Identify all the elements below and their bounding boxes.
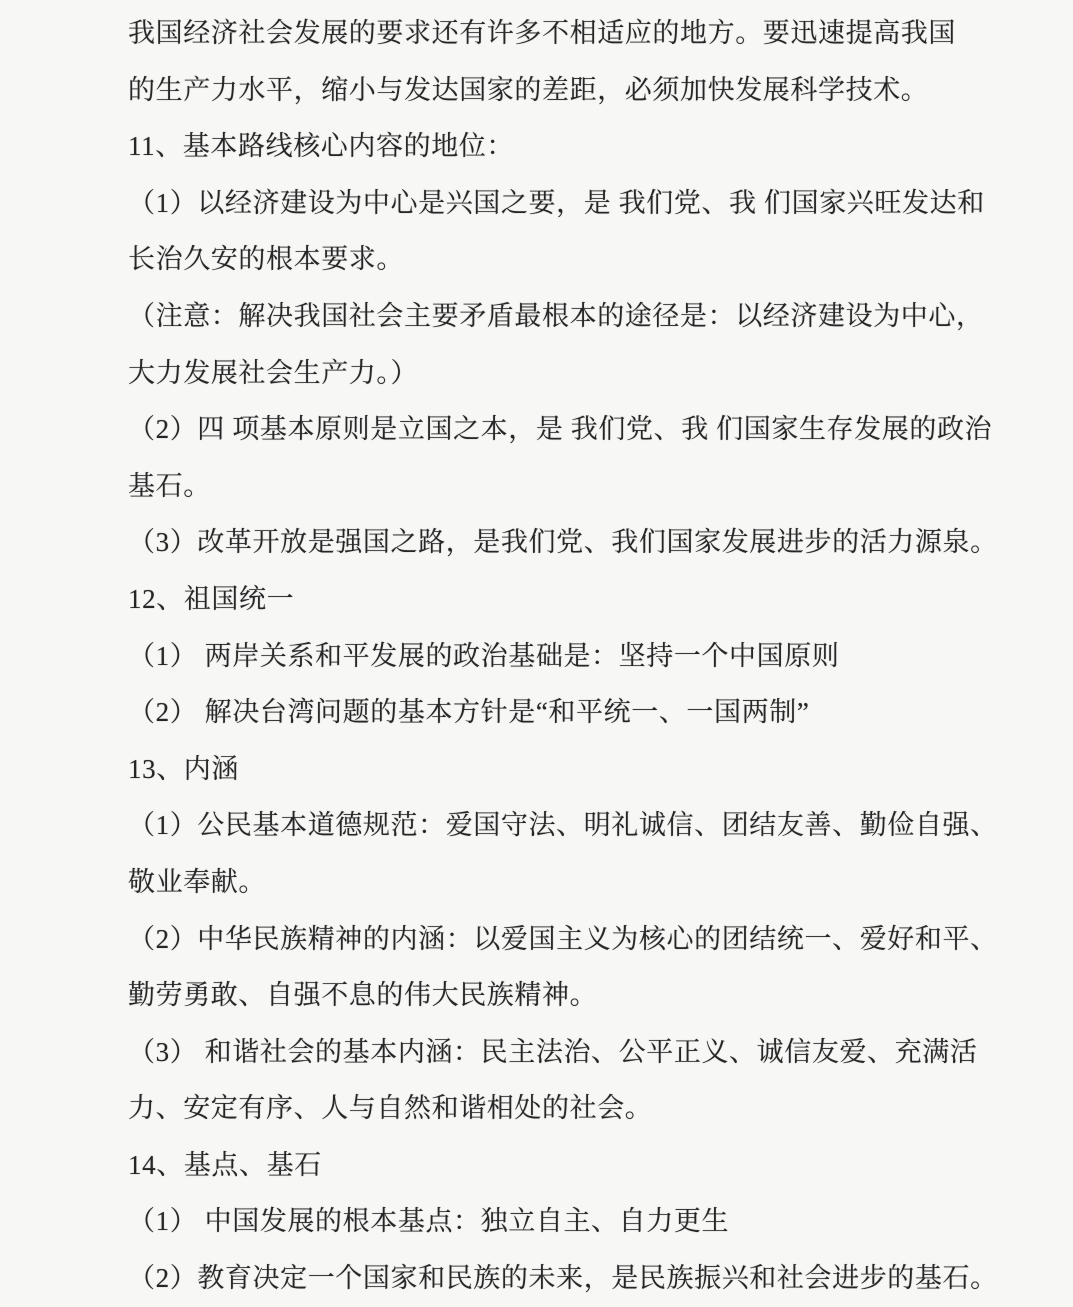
text-line: 的生产力水平，缩小与发达国家的差距，必须加快发展科学技术。	[128, 62, 973, 119]
text-line: （1） 两岸关系和平发展的政治基础是：坚持一个中国原则	[128, 628, 973, 685]
section-heading-12: 12、祖国统一	[128, 571, 973, 628]
text-line: 力、安定有序、人与自然和谐相处的社会。	[128, 1080, 973, 1137]
text-line: （1）以经济建设为中心是兴国之要，是 我们党、我 们国家兴旺发达和	[128, 175, 973, 232]
text-line: （1）公民基本道德规范：爱国守法、明礼诚信、团结友善、勤俭自强、	[128, 797, 973, 854]
text-line: 我国经济社会发展的要求还有许多不相适应的地方。要迅速提高我国	[128, 5, 973, 62]
text-line-note: （注意：解决我国社会主要矛盾最根本的途径是：以经济建设为中心，	[128, 288, 973, 345]
text-line: （2）四 项基本原则是立国之本，是 我们党、我 们国家生存发展的政治	[128, 401, 973, 458]
text-line: 勤劳勇敢、自强不息的伟大民族精神。	[128, 967, 973, 1024]
text-line: （2） 解决台湾问题的基本方针是“和平统一、一国两制”	[128, 684, 973, 741]
text-line: （1） 中国发展的根本基点：独立自主、自力更生	[128, 1193, 973, 1250]
section-heading-11: 11、基本路线核心内容的地位：	[128, 118, 973, 175]
section-heading-13: 13、内涵	[128, 741, 973, 798]
text-line: 基石。	[128, 458, 973, 515]
section-heading-14: 14、基点、基石	[128, 1137, 973, 1194]
text-line: 长治久安的根本要求。	[128, 231, 973, 288]
text-line: （3） 和谐社会的基本内涵：民主法治、公平正义、诚信友爱、充满活	[128, 1024, 973, 1081]
document-page: 我国经济社会发展的要求还有许多不相适应的地方。要迅速提高我国 的生产力水平，缩小…	[0, 0, 1073, 1307]
text-line-note: 大力发展社会生产力。）	[128, 345, 973, 402]
text-line: （2）教育决定一个国家和民族的未来，是民族振兴和社会进步的基石。	[128, 1250, 973, 1307]
text-line: （3）改革开放是强国之路，是我们党、我们国家发展进步的活力源泉。	[128, 514, 973, 571]
text-line: 敬业奉献。	[128, 854, 973, 911]
text-line: （2）中华民族精神的内涵：以爱国主义为核心的团结统一、爱好和平、	[128, 911, 973, 968]
